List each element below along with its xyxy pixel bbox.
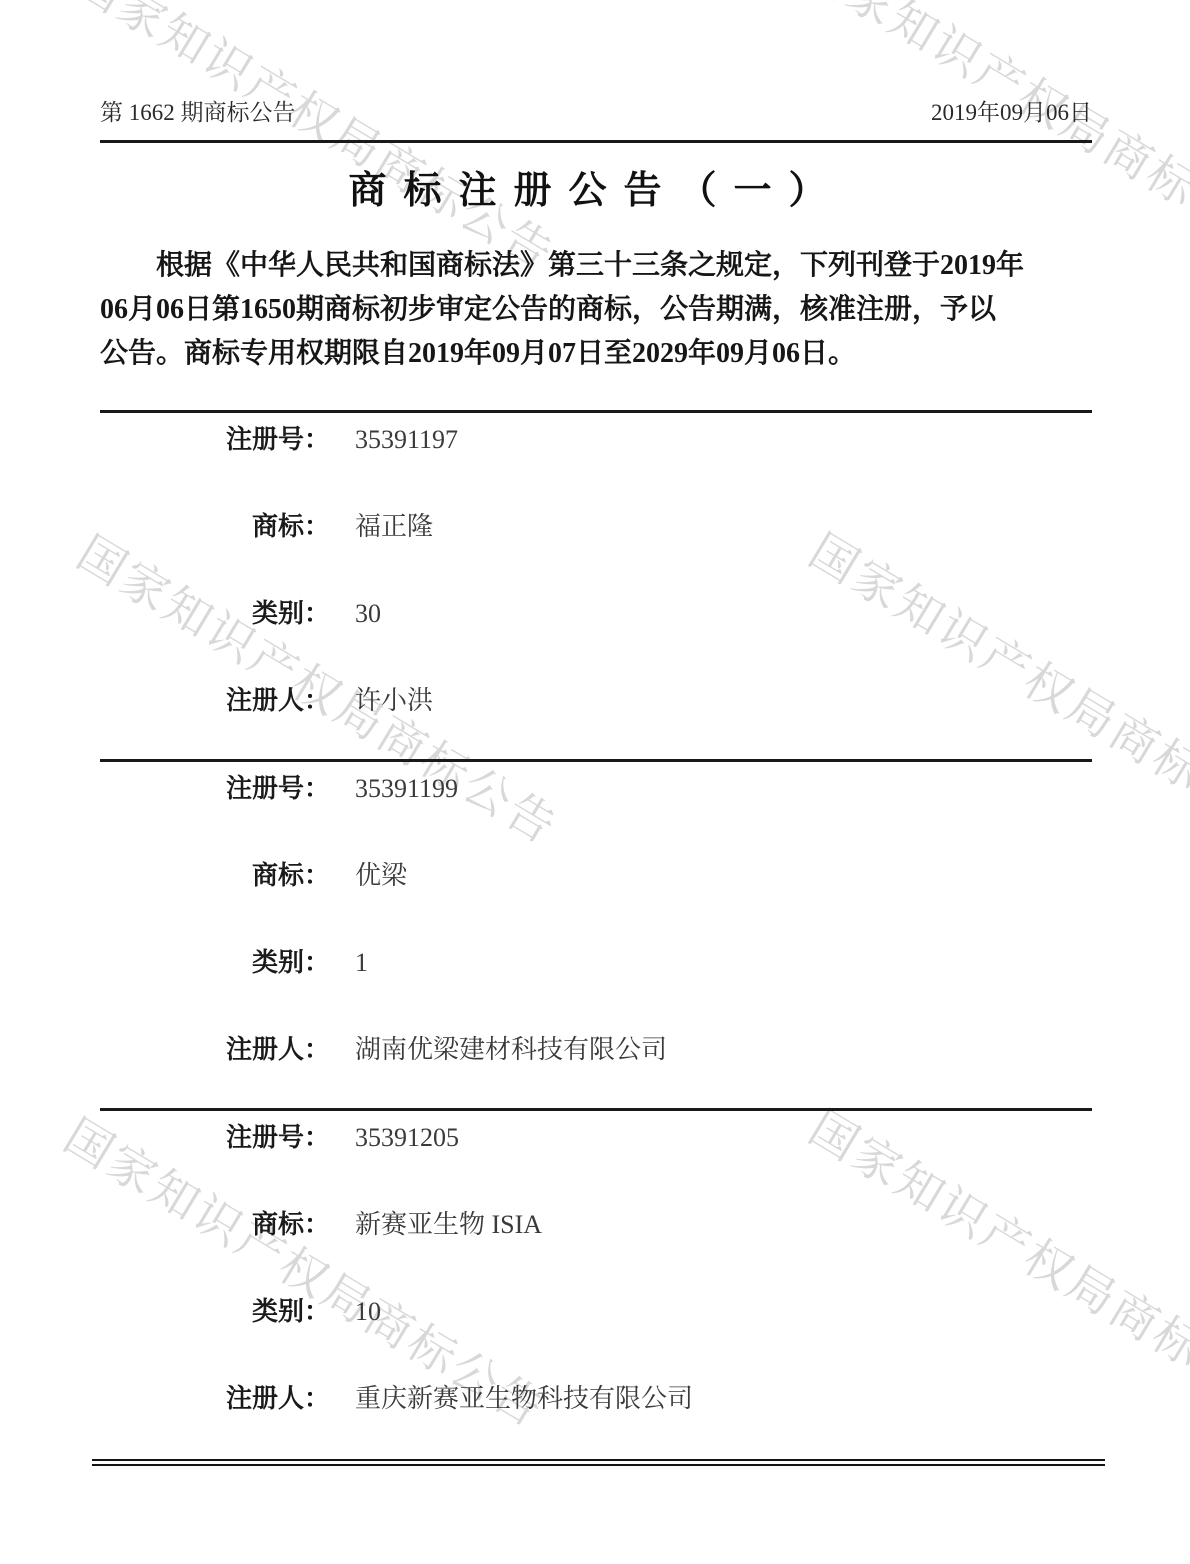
field-label-trademark: 商标： (100, 1212, 330, 1238)
page-title: 商标注册公告（一） (100, 159, 1092, 214)
field-label-reg-no: 注册号： (100, 776, 330, 802)
gazette-page: 第 1662 期商标公告 2019年09月06日 商标注册公告（一） 根据《中华… (0, 0, 1190, 1412)
page-header: 第 1662 期商标公告 2019年09月06日 (100, 94, 1092, 127)
field-label-category: 类别： (100, 950, 330, 976)
field-value-category: 10 (330, 1299, 381, 1325)
field-row-trademark: 商标： 福正隆 (100, 514, 1092, 540)
field-row-trademark: 商标： 新赛亚生物 ISIA (100, 1212, 1092, 1238)
field-value-trademark: 新赛亚生物 ISIA (330, 1212, 542, 1238)
field-value-category: 30 (330, 601, 381, 627)
field-label-registrant: 注册人： (100, 1386, 330, 1412)
field-value-reg-no: 35391199 (330, 776, 458, 802)
field-value-trademark: 福正隆 (330, 514, 433, 540)
field-row-trademark: 商标： 优梁 (100, 863, 1092, 889)
field-label-trademark: 商标： (100, 514, 330, 540)
trademark-entry: 注册号： 35391197 商标： 福正隆 类别： 30 注册人： 许小洪 (100, 413, 1092, 714)
intro-paragraph: 根据《中华人民共和国商标法》第三十三条之规定，下列刊登于2019年 06月06日… (100, 244, 1092, 376)
intro-line: 根据《中华人民共和国商标法》第三十三条之规定，下列刊登于2019年 (100, 244, 1092, 288)
field-row-category: 类别： 10 (100, 1299, 1092, 1325)
intro-line: 06月06日第1650期商标初步审定公告的商标，公告期满，核准注册，予以 (100, 288, 1092, 332)
field-label-registrant: 注册人： (100, 688, 330, 714)
field-value-category: 1 (330, 950, 368, 976)
field-label-reg-no: 注册号： (100, 427, 330, 453)
field-value-reg-no: 35391205 (330, 1125, 459, 1151)
field-value-registrant: 湖南优梁建材科技有限公司 (330, 1037, 667, 1063)
field-value-reg-no: 35391197 (330, 427, 458, 453)
header-rule (100, 140, 1092, 143)
field-label-trademark: 商标： (100, 863, 330, 889)
field-value-registrant: 许小洪 (330, 688, 433, 714)
field-row-registrant: 注册人： 许小洪 (100, 688, 1092, 714)
trademark-entry: 注册号： 35391205 商标： 新赛亚生物 ISIA 类别： 10 注册人：… (100, 1111, 1092, 1412)
trademark-entry: 注册号： 35391199 商标： 优梁 类别： 1 注册人： 湖南优梁建材科技… (100, 762, 1092, 1063)
field-value-registrant: 重庆新赛亚生物科技有限公司 (330, 1386, 693, 1412)
bottom-double-rule (92, 1459, 1105, 1466)
field-label-category: 类别： (100, 601, 330, 627)
field-label-registrant: 注册人： (100, 1037, 330, 1063)
publication-date: 2019年09月06日 (931, 94, 1092, 127)
field-row-reg-no: 注册号： 35391199 (100, 776, 1092, 802)
issue-number: 第 1662 期商标公告 (100, 94, 296, 127)
field-row-category: 类别： 30 (100, 601, 1092, 627)
field-row-registrant: 注册人： 重庆新赛亚生物科技有限公司 (100, 1386, 1092, 1412)
field-value-trademark: 优梁 (330, 863, 407, 889)
field-row-registrant: 注册人： 湖南优梁建材科技有限公司 (100, 1037, 1092, 1063)
intro-line: 公告。商标专用权期限自2019年09月07日至2029年09月06日。 (100, 332, 1092, 376)
field-row-reg-no: 注册号： 35391205 (100, 1125, 1092, 1151)
field-row-category: 类别： 1 (100, 950, 1092, 976)
field-label-reg-no: 注册号： (100, 1125, 330, 1151)
field-row-reg-no: 注册号： 35391197 (100, 427, 1092, 453)
field-label-category: 类别： (100, 1299, 330, 1325)
